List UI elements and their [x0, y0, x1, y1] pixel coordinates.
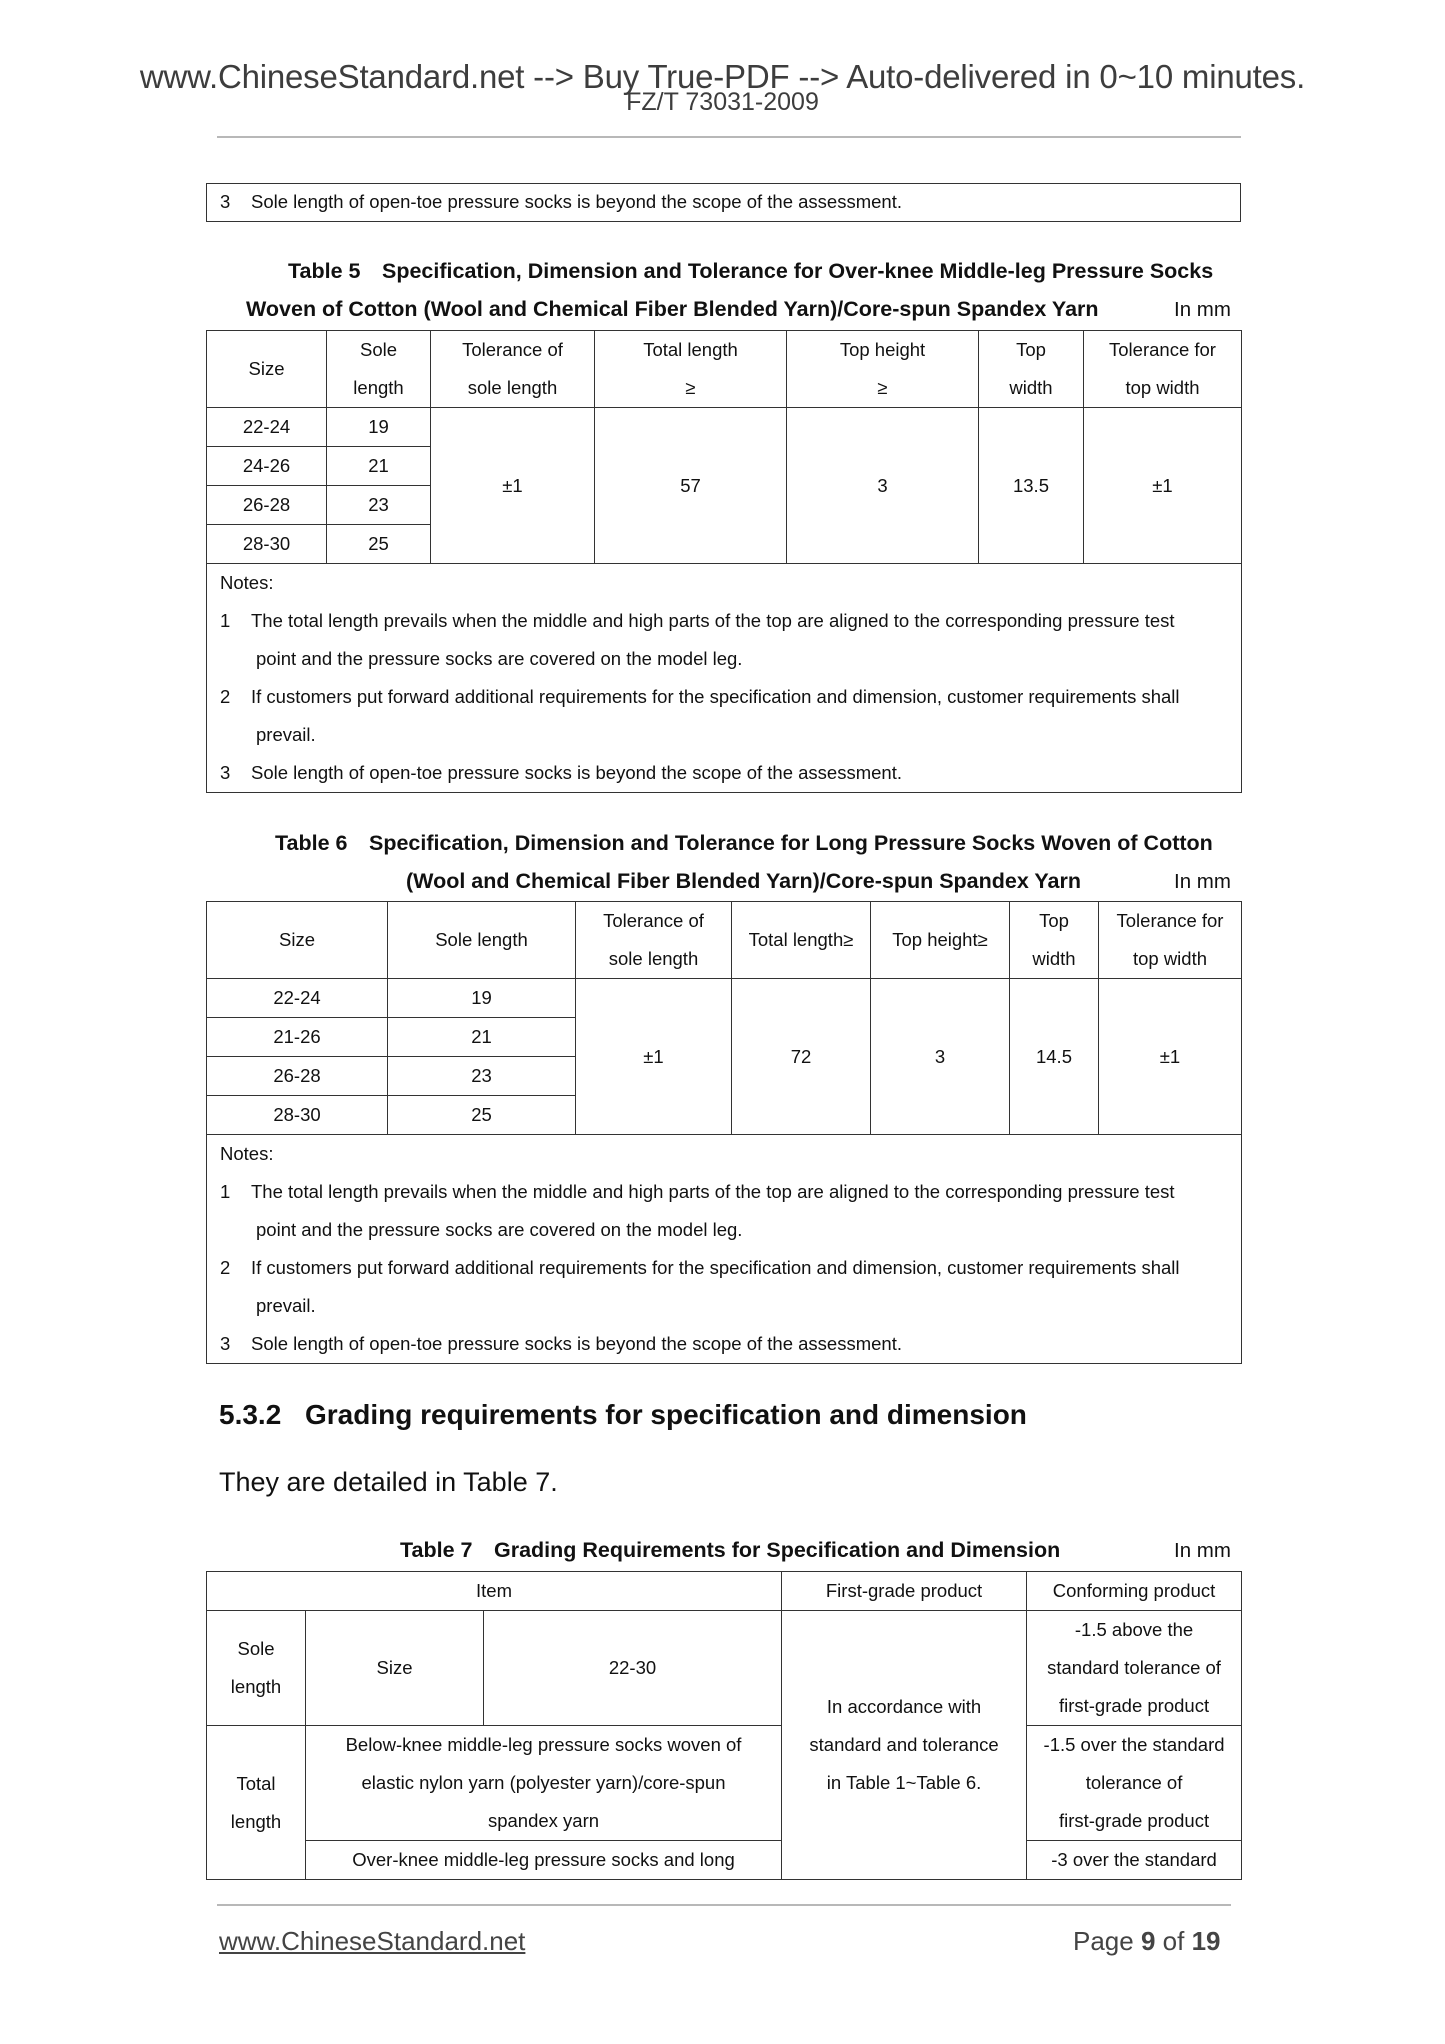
- table-row: Over-knee middle-leg pressure socks and …: [207, 1841, 1242, 1880]
- page-prefix: Page: [1073, 1926, 1141, 1956]
- col-tolerance-sole: Tolerance ofsole length: [431, 331, 595, 408]
- tolerance-sole-cell: ±1: [431, 408, 595, 564]
- size-cell: 24-26: [207, 447, 327, 486]
- size-label: Size: [306, 1611, 484, 1726]
- col-first-grade: First-grade product: [782, 1572, 1027, 1611]
- sole-length-cell: 19: [388, 979, 576, 1018]
- note-item: 2If customers put forward additional req…: [207, 1249, 1241, 1287]
- table6: Size Sole length Tolerance ofsole length…: [206, 901, 1242, 1364]
- size-cell: 22-24: [207, 979, 388, 1018]
- col-size: Size: [207, 902, 388, 979]
- table5-notes-row: Notes: 1The total length prevails when t…: [207, 564, 1242, 793]
- col-total-length: Total length≥: [732, 902, 871, 979]
- notes-label: Notes:: [207, 1135, 1241, 1173]
- table5-title-line1: Table 5 Specification, Dimension and Tol…: [288, 259, 1213, 284]
- section-title: Grading requirements for specification a…: [305, 1399, 1027, 1430]
- page-total: 19: [1192, 1926, 1221, 1956]
- table5-notes: Notes: 1The total length prevails when t…: [207, 564, 1242, 793]
- over-knee-item: Over-knee middle-leg pressure socks and …: [306, 1841, 782, 1880]
- sole-length-cell: 25: [327, 525, 431, 564]
- section-number: 5.3.2: [219, 1399, 305, 1431]
- sole-length-cell: 21: [388, 1018, 576, 1057]
- table6-title-line1: Table 6 Specification, Dimension and Tol…: [275, 831, 1213, 856]
- sole-length-cell: 25: [388, 1096, 576, 1135]
- col-top-width: Topwidth: [979, 331, 1084, 408]
- size-cell: 26-28: [207, 486, 327, 525]
- sole-length-cell: 23: [388, 1057, 576, 1096]
- note-item: 1The total length prevails when the midd…: [207, 1173, 1241, 1211]
- table5-title-line2: Woven of Cotton (Wool and Chemical Fiber…: [246, 297, 1099, 322]
- sole-length-cell: 19: [327, 408, 431, 447]
- top-height-cell: 3: [787, 408, 979, 564]
- tolerance-top-width-cell: ±1: [1084, 408, 1242, 564]
- first-grade-value: In accordance withstandard and tolerance…: [782, 1611, 1027, 1880]
- col-tolerance-top-width: Tolerance fortop width: [1099, 902, 1242, 979]
- note-continuation: point and the pressure socks are covered…: [207, 640, 1241, 678]
- table5-header-row: Size Solelength Tolerance ofsole length …: [207, 331, 1242, 408]
- section-paragraph: They are detailed in Table 7.: [219, 1467, 558, 1498]
- table6-header-row: Size Sole length Tolerance ofsole length…: [207, 902, 1242, 979]
- note-continuation: prevail.: [207, 1287, 1241, 1325]
- table-row: 22-24 19 ±1 72 3 14.5 ±1: [207, 979, 1242, 1018]
- top-width-cell: 14.5: [1010, 979, 1099, 1135]
- footer-divider: [217, 1904, 1231, 1906]
- tolerance-sole-cell: ±1: [576, 979, 732, 1135]
- col-total-length: Total length≥: [595, 331, 787, 408]
- below-knee-item: Below-knee middle-leg pressure socks wov…: [306, 1726, 782, 1841]
- continued-note-box: 3Sole length of open-toe pressure socks …: [206, 183, 1241, 222]
- over-knee-conforming: -3 over the standard: [1027, 1841, 1242, 1880]
- total-length-label: Totallength: [207, 1726, 306, 1880]
- header-divider: [217, 136, 1241, 138]
- table-row: Solelength Size 22-30 In accordance with…: [207, 1611, 1242, 1726]
- table-row: Totallength Below-knee middle-leg pressu…: [207, 1726, 1242, 1841]
- note-item: 3Sole length of open-toe pressure socks …: [207, 184, 1240, 220]
- size-cell: 28-30: [207, 1096, 388, 1135]
- note-text: Sole length of open-toe pressure socks i…: [251, 191, 902, 212]
- table7-unit: In mm: [1174, 1539, 1231, 1563]
- col-item: Item: [207, 1572, 782, 1611]
- col-size: Size: [207, 331, 327, 408]
- table5: Size Solelength Tolerance ofsole length …: [206, 330, 1242, 793]
- top-width-cell: 13.5: [979, 408, 1084, 564]
- table-row: 22-24 19 ±1 57 3 13.5 ±1: [207, 408, 1242, 447]
- table6-notes-row: Notes: 1The total length prevails when t…: [207, 1135, 1242, 1364]
- document-code: FZ/T 73031-2009: [0, 88, 1445, 117]
- table7-header-row: Item First-grade product Conforming prod…: [207, 1572, 1242, 1611]
- page-indicator: Page 9 of 19: [1073, 1926, 1220, 1957]
- table7-title: Table 7 Grading Requirements for Specifi…: [400, 1538, 1060, 1563]
- col-tolerance-sole: Tolerance ofsole length: [576, 902, 732, 979]
- page-current: 9: [1141, 1926, 1155, 1956]
- total-length-cell: 72: [732, 979, 871, 1135]
- col-top-height: Top height≥: [871, 902, 1010, 979]
- size-cell: 21-26: [207, 1018, 388, 1057]
- note-number: 3: [220, 184, 251, 220]
- size-cell: 28-30: [207, 525, 327, 564]
- note-item: 3Sole length of open-toe pressure socks …: [207, 1325, 1241, 1363]
- footer-site-link[interactable]: www.ChineseStandard.net: [219, 1926, 525, 1957]
- table6-notes: Notes: 1The total length prevails when t…: [207, 1135, 1242, 1364]
- notes-label: Notes:: [207, 564, 1241, 602]
- size-cell: 22-24: [207, 408, 327, 447]
- total-length-cell: 57: [595, 408, 787, 564]
- note-item: 1The total length prevails when the midd…: [207, 602, 1241, 640]
- col-top-width: Topwidth: [1010, 902, 1099, 979]
- note-continuation: point and the pressure socks are covered…: [207, 1211, 1241, 1249]
- col-sole-length: Sole length: [388, 902, 576, 979]
- sole-conforming-value: -1.5 above thestandard tolerance offirst…: [1027, 1611, 1242, 1726]
- col-conforming: Conforming product: [1027, 1572, 1242, 1611]
- page-mid: of: [1155, 1926, 1191, 1956]
- below-knee-conforming: -1.5 over the standardtolerance offirst-…: [1027, 1726, 1242, 1841]
- size-cell: 26-28: [207, 1057, 388, 1096]
- table6-title-line2: (Wool and Chemical Fiber Blended Yarn)/C…: [406, 869, 1081, 894]
- note-item: 2If customers put forward additional req…: [207, 678, 1241, 716]
- top-height-cell: 3: [871, 979, 1010, 1135]
- size-value: 22-30: [484, 1611, 782, 1726]
- col-sole-length: Solelength: [327, 331, 431, 408]
- table5-unit: In mm: [1174, 298, 1231, 322]
- section-heading: 5.3.2Grading requirements for specificat…: [219, 1399, 1027, 1431]
- table6-unit: In mm: [1174, 870, 1231, 894]
- sole-length-cell: 21: [327, 447, 431, 486]
- sole-length-label: Solelength: [207, 1611, 306, 1726]
- note-item: 3Sole length of open-toe pressure socks …: [207, 754, 1241, 792]
- table7: Item First-grade product Conforming prod…: [206, 1571, 1242, 1880]
- col-tolerance-top-width: Tolerance fortop width: [1084, 331, 1242, 408]
- tolerance-top-width-cell: ±1: [1099, 979, 1242, 1135]
- sole-length-cell: 23: [327, 486, 431, 525]
- note-continuation: prevail.: [207, 716, 1241, 754]
- col-top-height: Top height≥: [787, 331, 979, 408]
